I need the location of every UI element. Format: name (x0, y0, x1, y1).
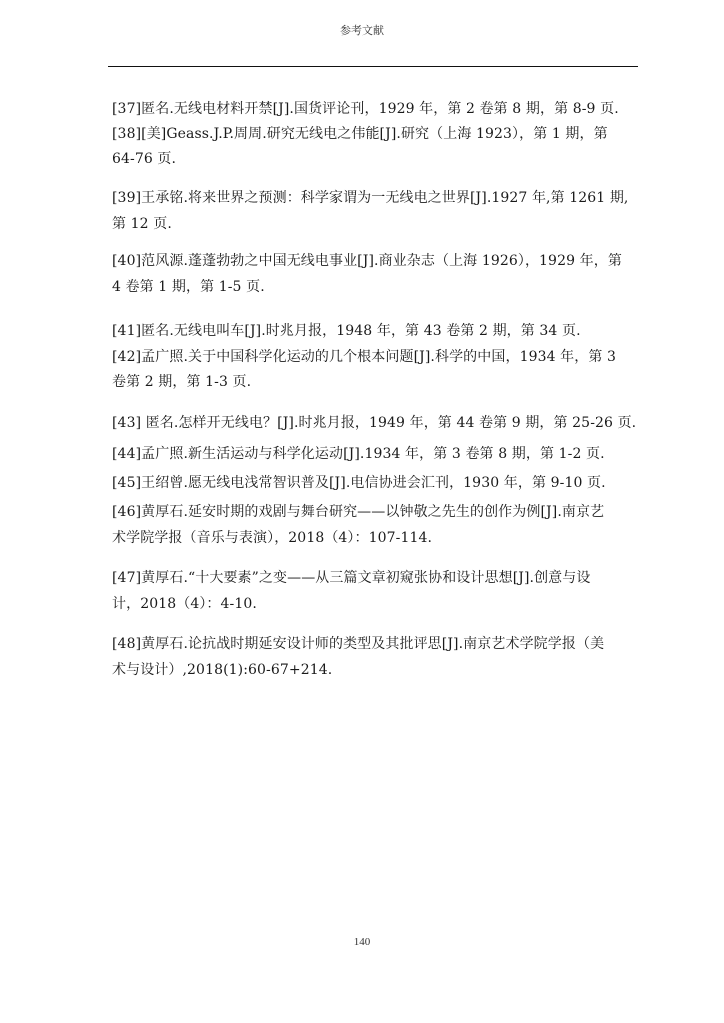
reference-line: 64-76 页. (112, 150, 176, 168)
reference-line: [43] 匿名.怎样开无线电？[J].时兆月报，1949 年，第 44 卷第 9… (112, 414, 636, 432)
reference-line: 术学院学报（音乐与表演），2018（4）：107-114. (112, 529, 432, 547)
reference-line: [45]王绍曾.愿无线电浅常智识普及[J].电信协进会汇刊，1930 年，第 9… (112, 474, 606, 492)
reference-line: [37]匿名.无线电材料开禁[J].国货评论刊，1929 年，第 2 卷第 8 … (112, 100, 619, 118)
reference-line: [47]黄厚石.“十大要素”之变——从三篇文章初窥张协和设计思想[J].创意与设 (112, 569, 591, 587)
reference-line: [46]黄厚石.延安时期的戏剧与舞台研究——以钟敬之先生的创作为例[J].南京艺 (112, 503, 604, 521)
reference-line: 第 12 页. (112, 215, 172, 233)
header-title: 参考文献 (0, 22, 724, 38)
page-number: 140 (0, 936, 724, 948)
reference-line: [39]王承铭.将来世界之预测：科学家谓为一无线电之世界[J].1927 年,第… (112, 189, 628, 207)
reference-line: [44]孟广照.新生活运动与科学化运动[J].1934 年，第 3 卷第 8 期… (112, 445, 605, 463)
reference-line: 计，2018（4）：4-10. (112, 595, 257, 613)
reference-line: [40]范风源.蓬蓬勃勃之中国无线电事业[J].商业杂志（上海 1926），19… (112, 252, 622, 270)
reference-line: [41]匿名.无线电叫车[J].时兆月报，1948 年，第 43 卷第 2 期，… (112, 322, 581, 340)
reference-line: [38][美]Geass.J.P.周周.研究无线电之伟能[J].研究（上海 19… (112, 125, 608, 143)
header-divider (108, 66, 638, 67)
reference-line: [48]黄厚石.论抗战时期延安设计师的类型及其批评思[J].南京艺术学院学报（美 (112, 635, 604, 653)
reference-line: [42]孟广照.关于中国科学化运动的几个根本问题[J].科学的中国，1934 年… (112, 348, 616, 366)
reference-line: 4 卷第 1 期，第 1-5 页. (112, 278, 265, 296)
reference-line: 术与设计）,2018(1):60-67+214. (112, 661, 332, 679)
reference-line: 卷第 2 期，第 1-3 页. (112, 373, 251, 391)
